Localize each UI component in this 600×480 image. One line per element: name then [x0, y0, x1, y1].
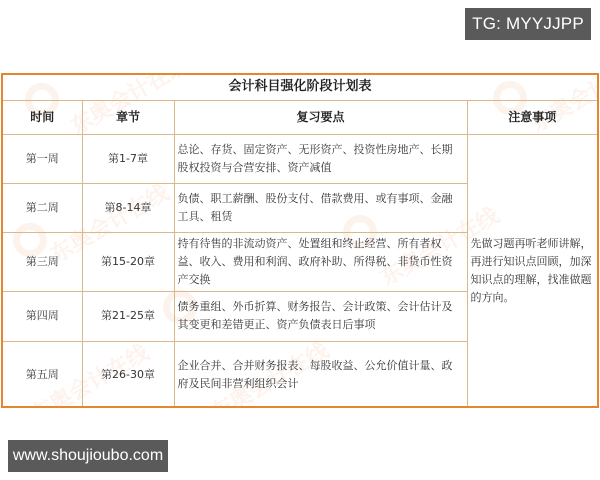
header-notes: 注意事项	[467, 100, 597, 134]
chapters-cell: 第26-30章	[82, 341, 174, 408]
week-cell: 第一周	[3, 134, 82, 183]
review-points-cell: 总论、存货、固定资产、无形资产、投资性房地产、长期股权投资与合营安排、资产减值	[174, 134, 467, 183]
chapters-cell: 第21-25章	[82, 291, 174, 341]
page: TG: MYYJJPP 东奥会计在线 东奥会计在线 东奥会计在线 东奥会计在线 …	[0, 0, 600, 480]
study-plan-table-container: 东奥会计在线 东奥会计在线 东奥会计在线 东奥会计在线 东奥会计在线 东奥会计在…	[1, 73, 599, 408]
table-title-row: 会计科目强化阶段计划表	[3, 75, 597, 100]
review-points-cell: 债务重组、外币折算、财务报告、会计政策、会计估计及其变更和差错更正、资产负债表日…	[174, 291, 467, 341]
top-watermark-tag: TG: MYYJJPP	[465, 8, 591, 40]
chapters-cell: 第1-7章	[82, 134, 174, 183]
chapters-cell: 第15-20章	[82, 232, 174, 291]
notes-cell: 先做习题再听老师讲解，再进行知识点回顾，加深知识点的理解，找准做题的方向。	[467, 134, 597, 408]
week-cell: 第二周	[3, 183, 82, 232]
header-time: 时间	[3, 100, 82, 134]
table-title: 会计科目强化阶段计划表	[3, 75, 597, 100]
header-chapters: 章节	[82, 100, 174, 134]
table-row: 第一周 第1-7章 总论、存货、固定资产、无形资产、投资性房地产、长期股权投资与…	[3, 134, 597, 183]
week-cell: 第三周	[3, 232, 82, 291]
review-points-cell: 企业合并、合并财务报表、每股收益、公允价值计量、政府及民间非营利组织会计	[174, 341, 467, 408]
week-cell: 第四周	[3, 291, 82, 341]
chapters-cell: 第8-14章	[82, 183, 174, 232]
study-plan-table: 会计科目强化阶段计划表 时间 章节 复习要点 注意事项 第一周 第1-7章 总论…	[3, 75, 597, 408]
table-header-row: 时间 章节 复习要点 注意事项	[3, 100, 597, 134]
header-review-points: 复习要点	[174, 100, 467, 134]
review-points-cell: 持有待售的非流动资产、处置组和终止经营、所有者权益、收入、费用和利润、政府补助、…	[174, 232, 467, 291]
review-points-cell: 负债、职工薪酬、股份支付、借款费用、或有事项、金融工具、租赁	[174, 183, 467, 232]
bottom-watermark-tag: www.shoujioubo.com	[8, 440, 168, 472]
week-cell: 第五周	[3, 341, 82, 408]
